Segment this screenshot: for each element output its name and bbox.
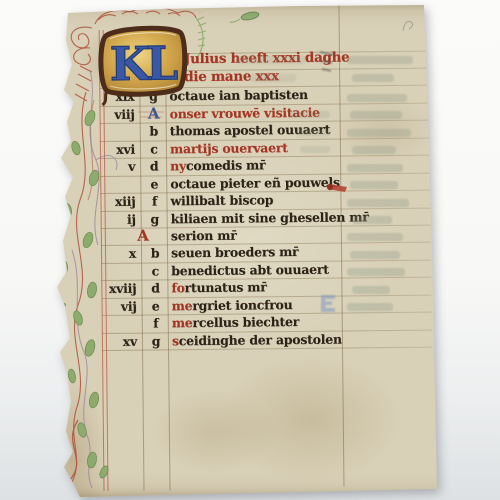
month-heading-line1: Julius heeft xxxi daghe	[184, 49, 350, 67]
calendar-rows: xix g octaue ian baptisten viij A onser …	[0, 0, 497, 1]
feast-initial-red: me	[172, 298, 193, 313]
dominical-letter: c	[143, 140, 165, 158]
feast-entry: kiliaen mit sine ghesellen mr̄	[171, 208, 369, 228]
golden-number: x	[102, 245, 136, 263]
dominical-letter: g	[145, 332, 167, 350]
golden-number: xviij	[102, 280, 136, 298]
feast-text: comedis mr̄	[186, 158, 265, 174]
feast-initial-red: me	[172, 315, 193, 330]
feast-text: kiliaen mit sine ghesellen mr̄	[171, 209, 369, 226]
feast-entry: thomas apostel ouuaert	[170, 121, 331, 140]
dominical-letter: b	[143, 123, 165, 141]
kl-initial: KL	[94, 25, 191, 96]
kl-letters: KL	[110, 36, 179, 91]
feast-initial-red: fo	[171, 281, 184, 296]
feast-text: octaue pieter eñ pouwels	[170, 174, 340, 191]
month-heading-line2: die mane xxx	[184, 68, 279, 85]
feast-text: thomas apostel ouuaert	[170, 122, 331, 139]
dominical-letter: f	[143, 192, 165, 210]
golden-number: v	[101, 158, 135, 176]
feast-text: benedictus abt ouuaert	[171, 262, 329, 279]
golden-number: viij	[100, 106, 134, 124]
dominical-letter: e	[144, 297, 166, 315]
feast-entry: mergriet ioncfrou	[171, 296, 292, 315]
feast-entry: fortunatus mr̄	[171, 279, 266, 297]
feast-entry: martijs ouervaert	[170, 139, 288, 158]
feast-entry: mercellus biechter	[172, 313, 299, 332]
dominical-letter: d	[143, 158, 165, 176]
feast-entry: octaue pieter eñ pouwels	[170, 173, 340, 192]
golden-number: xv	[103, 332, 137, 350]
dominical-letter: b	[144, 245, 166, 263]
dominical-letter: e	[143, 175, 165, 193]
feast-text: willibalt biscop	[170, 192, 273, 208]
feast-text: ceidinghe der apostolen	[179, 331, 342, 348]
dominical-letter: f	[145, 315, 167, 333]
manuscript-leaf-wrap: Julius heeft xxxi daghe die mane xxx xix…	[0, 0, 500, 500]
dominical-letter: A	[132, 227, 154, 245]
photo-background: Julius heeft xxxi daghe die mane xxx xix…	[0, 0, 500, 500]
feast-text: rtunatus mr̄	[185, 280, 267, 296]
feast-entry: sceidinghe der apostolen	[172, 330, 342, 349]
ruled-text-block: Julius heeft xxxi daghe die mane xxx xix…	[0, 0, 500, 500]
feast-text: seuen broeders mr̄	[171, 244, 298, 260]
feast-entry: seuen broeders mr̄	[171, 243, 299, 262]
feast-initial-red: ny	[170, 158, 186, 173]
golden-number: ij	[102, 210, 136, 228]
feast-text: rcellus biechter	[192, 314, 299, 330]
ruling-horizontal	[0, 0, 497, 1]
dominical-letter: g	[144, 210, 166, 228]
feast-entry: benedictus abt ouuaert	[171, 261, 329, 280]
dominical-letter: d	[144, 280, 166, 298]
feast-entry: nycomedis mr̄	[170, 157, 265, 175]
feast-text: serion mr̄	[171, 228, 237, 244]
feast-text: martijs ouervaert	[170, 140, 288, 156]
golden-number: vij	[103, 297, 137, 315]
dominical-letter: c	[144, 262, 166, 280]
feast-entry: onser vrouwē visitacie	[169, 104, 319, 123]
dominical-letter: A	[142, 105, 164, 123]
feast-text: rgriet ioncfrou	[192, 297, 292, 313]
golden-number: xiij	[101, 193, 135, 211]
feast-entry: serion mr̄	[171, 227, 237, 245]
golden-number: xvi	[101, 140, 135, 158]
feast-text: onser vrouwē visitacie	[169, 105, 319, 122]
manuscript-leaf: Julius heeft xxxi daghe die mane xxx xix…	[0, 0, 500, 500]
feast-entry: willibalt biscop	[170, 191, 273, 210]
